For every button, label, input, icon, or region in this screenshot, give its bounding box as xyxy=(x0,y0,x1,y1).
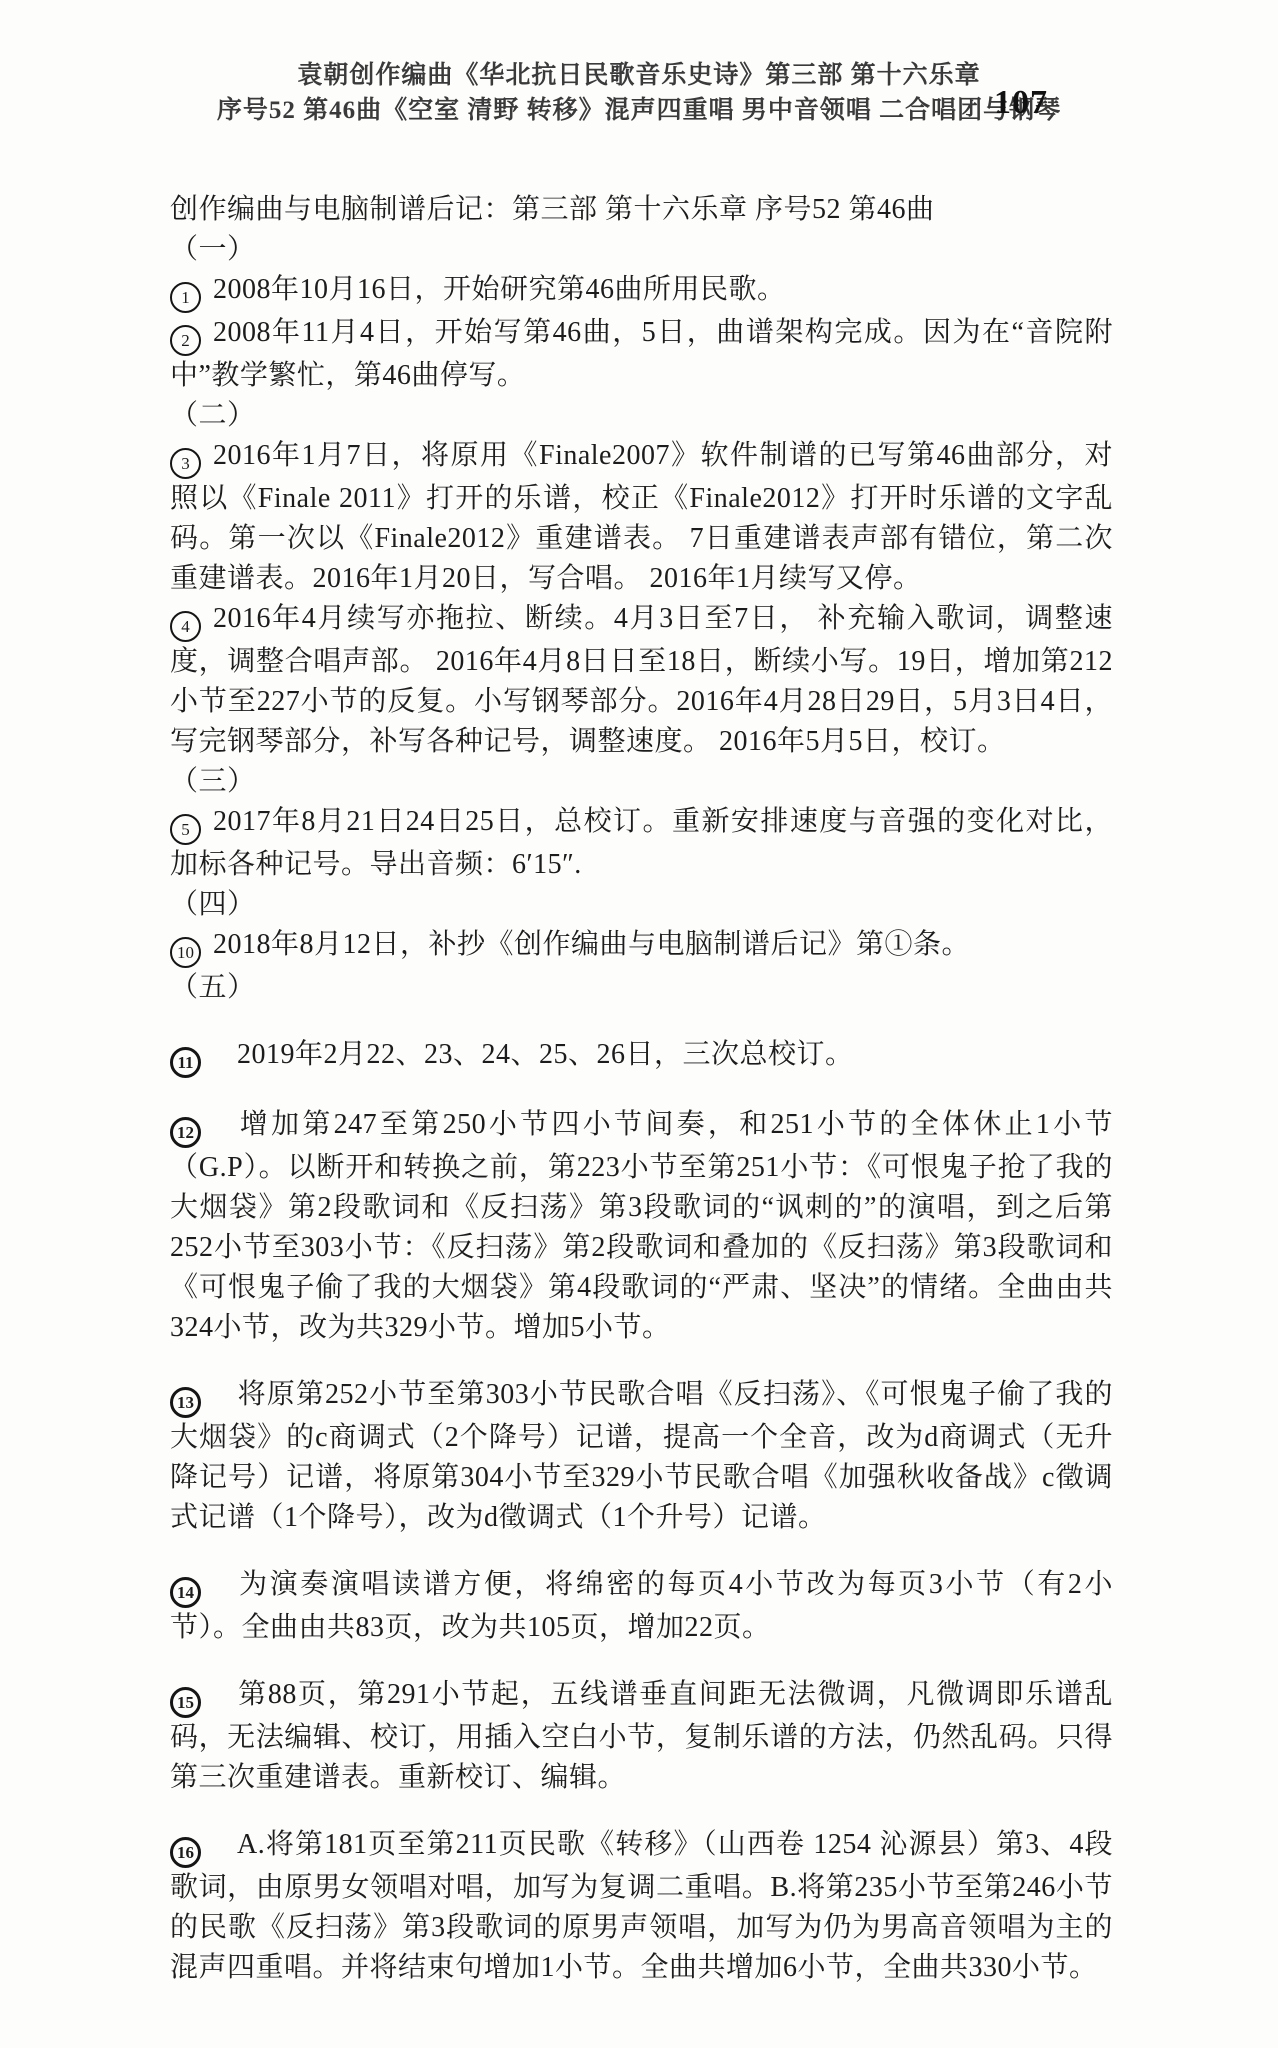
item-number-badge: 10 xyxy=(170,937,201,968)
numbered-item-14: 14为演奏演唱读谱方便，将绵密的每页4小节改为每页3小节（有2小节）。全曲由共8… xyxy=(170,1565,1113,1648)
item-text: 2018年8月12日，补抄《创作编曲与电脑制谱后记》第①条。 xyxy=(213,929,970,960)
item-number-badge: 3 xyxy=(170,448,201,479)
numbered-item-2: 22008年11月4日，开始写第46曲，5日，曲谱架构完成。因为在“音院附中”教… xyxy=(170,313,1113,396)
item-text: 将原第252小节至第303小节民歌合唱《反扫荡》、《可恨鬼子偷了我的大烟袋》的c… xyxy=(170,1379,1113,1533)
item-text: 2016年1月7日，将原用《Finale2007》软件制谱的已写第46曲部分，对… xyxy=(170,440,1113,594)
page-number: 107 xyxy=(994,84,1048,122)
header-line-2: 序号52 第46曲《空室 清野 转移》混声四重唱 男中音领唱 二合唱团与钢琴 xyxy=(0,93,1278,128)
section-marker-1: （一） xyxy=(170,230,1113,270)
numbered-item-15: 15第88页，第291小节起，五线谱垂直间距无法微调，凡微调即乐谱乱码，无法编辑… xyxy=(170,1675,1113,1798)
item-text: 为演奏演唱读谱方便，将绵密的每页4小节改为每页3小节（有2小节）。全曲由共83页… xyxy=(170,1569,1113,1643)
item-number-badge: 1 xyxy=(170,282,201,313)
numbered-item-1: 12008年10月16日，开始研究第46曲所用民歌。 xyxy=(170,270,1113,313)
item-number-badge: 5 xyxy=(170,814,201,845)
item-text: 第88页，第291小节起，五线谱垂直间距无法微调，凡微调即乐谱乱码，无法编辑、校… xyxy=(170,1679,1113,1793)
section-marker-2: （二） xyxy=(170,396,1113,436)
numbered-item-11: 112019年2月22、23、24、25、26日，三次总校订。 xyxy=(170,1035,1113,1078)
item-text: 2017年8月21日24日25日，总校订。重新安排速度与音强的变化对比，加标各种… xyxy=(170,806,1113,880)
item-number-badge: 4 xyxy=(170,611,201,642)
item-text: A.将第181页至第211页民歌《转移》（山西卷 1254 沁源县）第3、4段歌… xyxy=(170,1829,1113,1983)
section-marker-3: （三） xyxy=(170,762,1113,802)
item-number-badge: 16 xyxy=(170,1837,201,1868)
numbered-item-10: 102018年8月12日，补抄《创作编曲与电脑制谱后记》第①条。 xyxy=(170,925,1113,968)
item-text: 增加第247至第250小节四小节间奏，和251小节的全体休止1小节（G.P）。以… xyxy=(170,1109,1113,1343)
item-number-badge: 11 xyxy=(170,1047,201,1078)
section-marker-5: （五） xyxy=(170,968,1113,1008)
numbered-item-3: 32016年1月7日，将原用《Finale2007》软件制谱的已写第46曲部分，… xyxy=(170,436,1113,599)
header-line-1: 袁朝创作编曲《华北抗日民歌音乐史诗》第三部 第十六乐章 xyxy=(0,58,1278,93)
section-marker-4: （四） xyxy=(170,885,1113,925)
item-number-badge: 13 xyxy=(170,1387,201,1418)
document-body: 创作编曲与电脑制谱后记：第三部 第十六乐章 序号52 第46曲 （一） 1200… xyxy=(0,128,1278,2048)
document-page: 袁朝创作编曲《华北抗日民歌音乐史诗》第三部 第十六乐章 序号52 第46曲《空室… xyxy=(0,0,1278,2048)
numbered-item-13: 13将原第252小节至第303小节民歌合唱《反扫荡》、《可恨鬼子偷了我的大烟袋》… xyxy=(170,1375,1113,1538)
numbered-item-5: 52017年8月21日24日25日，总校订。重新安排速度与音强的变化对比，加标各… xyxy=(170,802,1113,885)
page-header: 袁朝创作编曲《华北抗日民歌音乐史诗》第三部 第十六乐章 序号52 第46曲《空室… xyxy=(0,0,1278,128)
item-number-badge: 15 xyxy=(170,1687,201,1718)
numbered-item-12: 12增加第247至第250小节四小节间奏，和251小节的全体休止1小节（G.P）… xyxy=(170,1105,1113,1348)
item-text: 2008年10月16日，开始研究第46曲所用民歌。 xyxy=(213,274,786,305)
item-text: 2016年4月续写亦拖拉、断续。4月3日至7日， 补充输入歌词，调整速度，调整合… xyxy=(170,603,1113,757)
postscript-title: 创作编曲与电脑制谱后记：第三部 第十六乐章 序号52 第46曲 xyxy=(170,190,1113,230)
numbered-item-4: 42016年4月续写亦拖拉、断续。4月3日至7日， 补充输入歌词，调整速度，调整… xyxy=(170,599,1113,762)
item-number-badge: 2 xyxy=(170,325,201,356)
item-number-badge: 12 xyxy=(170,1117,201,1148)
numbered-item-16: 16A.将第181页至第211页民歌《转移》（山西卷 1254 沁源县）第3、4… xyxy=(170,1825,1113,1988)
item-text: 2008年11月4日，开始写第46曲，5日，曲谱架构完成。因为在“音院附中”教学… xyxy=(170,317,1113,391)
item-text: 2019年2月22、23、24、25、26日，三次总校订。 xyxy=(237,1039,854,1070)
item-number-badge: 14 xyxy=(170,1577,201,1608)
